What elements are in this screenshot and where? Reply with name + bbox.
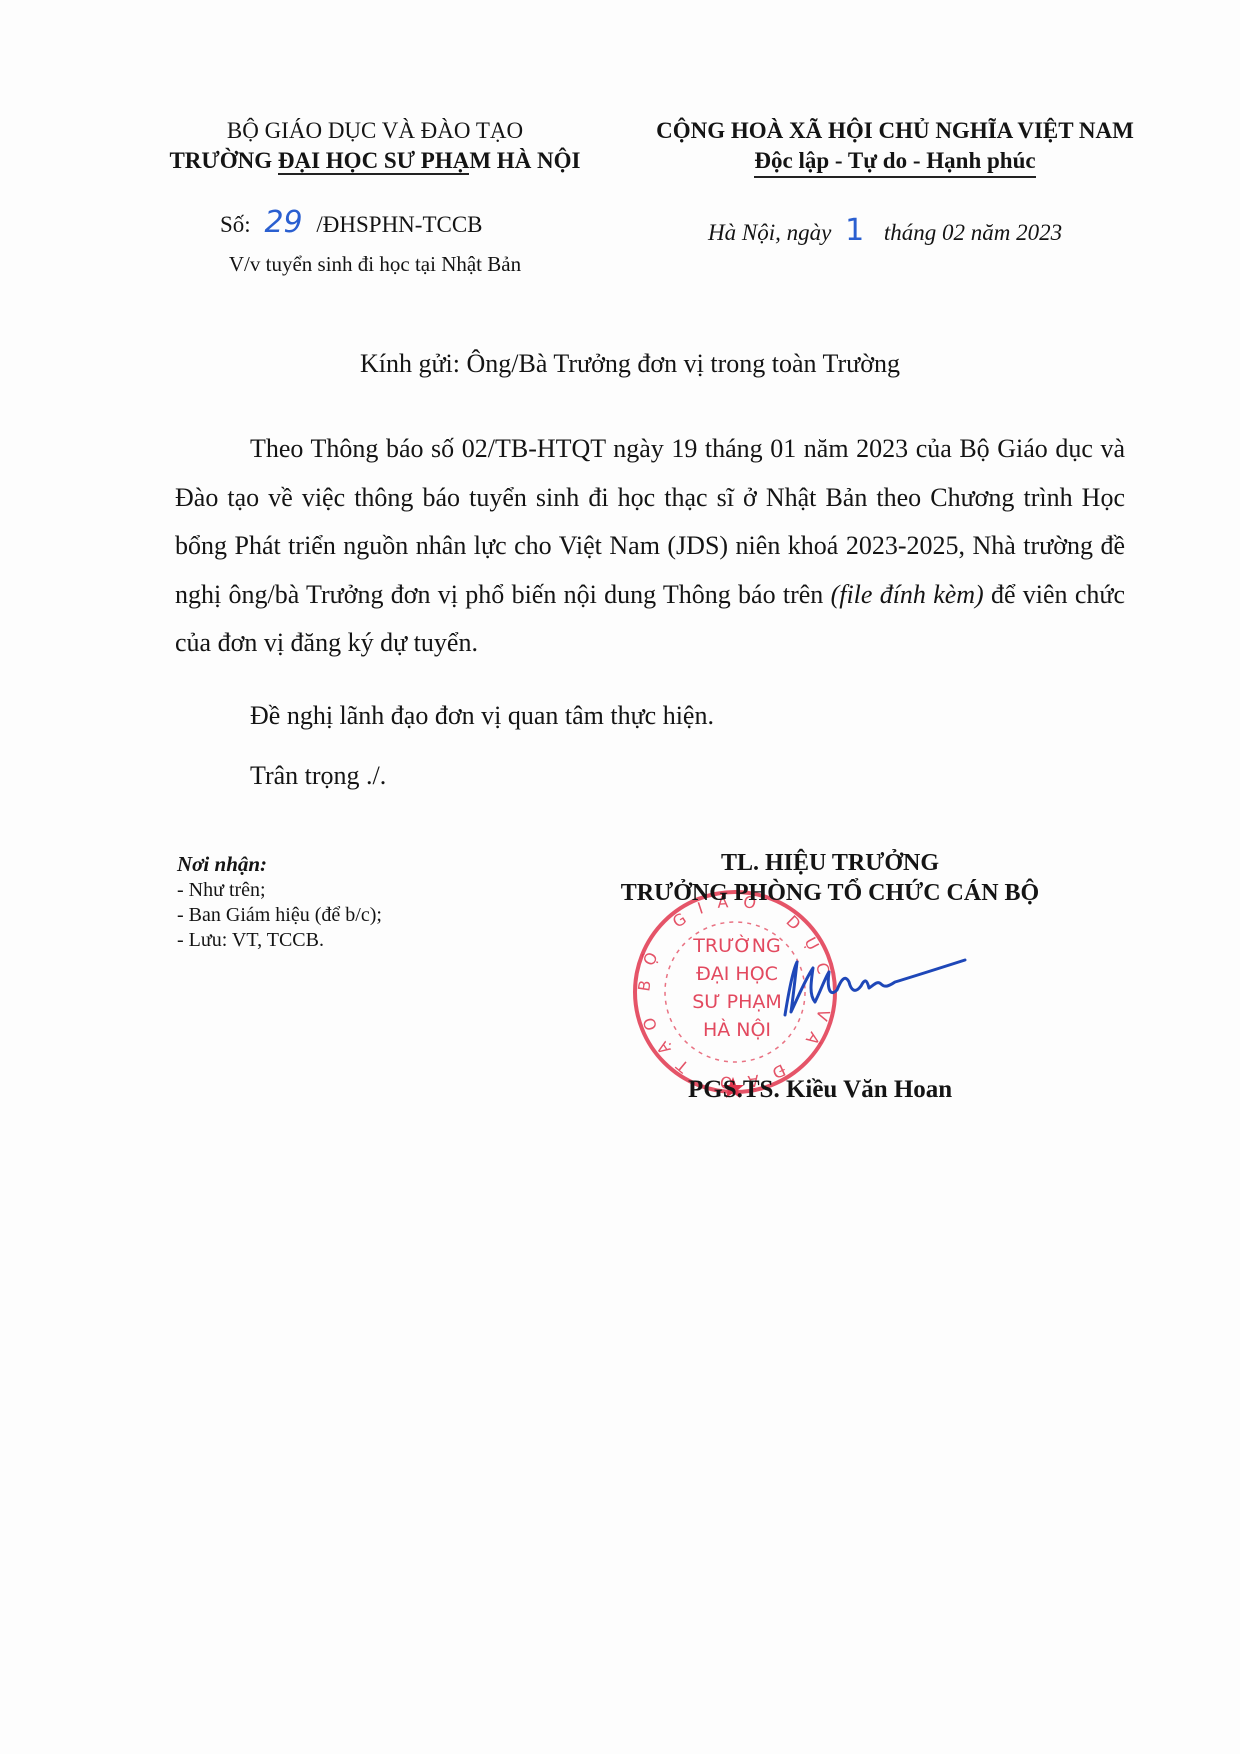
signer-name: PGS.TS. Kiều Văn Hoan: [688, 1075, 952, 1105]
header-left: BỘ GIÁO DỤC VÀ ĐÀO TẠO TRƯỜNG ĐẠI HỌC SƯ…: [130, 116, 620, 176]
recipient-item: - Lưu: VT, TCCB.: [177, 928, 382, 953]
motto: Độc lập - Tự do - Hạnh phúc: [630, 146, 1160, 176]
svg-text:ĐẠI HỌC: ĐẠI HỌC: [696, 963, 778, 985]
svg-text:SƯ PHẠM: SƯ PHẠM: [692, 991, 782, 1013]
recipients-block: Nơi nhận: - Như trên; - Ban Giám hiệu (đ…: [177, 850, 382, 953]
document-date: Hà Nội, ngày 1 tháng 02 năm 2023: [708, 213, 1062, 248]
handwritten-signature: [775, 950, 975, 1030]
body-paragraph: Theo Thông báo số 02/TB-HTQT ngày 19 thá…: [175, 425, 1125, 668]
closing-line: Trân trọng ./.: [250, 752, 386, 801]
recipient-item: - Ban Giám hiệu (để b/c);: [177, 903, 382, 928]
handwritten-number: 29: [264, 205, 302, 240]
recipient-item: - Như trên;: [177, 878, 382, 903]
nation-title: CỘNG HOÀ XÃ HỘI CHỦ NGHĨA VIỆT NAM: [630, 116, 1160, 146]
recipient-line: Kính gửi: Ông/Bà Trưởng đơn vị trong toà…: [130, 340, 1130, 389]
handwritten-day: 1: [845, 213, 864, 248]
document-subject: V/v tuyển sinh đi học tại Nhật Bản: [130, 252, 620, 277]
header-right: CỘNG HOÀ XÃ HỘI CHỦ NGHĨA VIỆT NAM Độc l…: [630, 116, 1160, 176]
recipients-title: Nơi nhận:: [177, 850, 382, 878]
school-name: TRƯỜNG ĐẠI HỌC SƯ PHẠM HÀ NỘI: [130, 146, 620, 176]
signature-title: TL. HIỆU TRƯỞNG TRƯỞNG PHÒNG TỔ CHỨC CÁN…: [580, 848, 1080, 908]
request-paragraph: Đề nghị lãnh đạo đơn vị quan tâm thực hi…: [250, 692, 714, 741]
document-number: Số: 29 /ĐHSPHN-TCCB: [220, 205, 483, 240]
svg-text:HÀ NỘI: HÀ NỘI: [703, 1017, 771, 1041]
ministry-name: BỘ GIÁO DỤC VÀ ĐÀO TẠO: [130, 116, 620, 146]
svg-text:TRƯỜNG: TRƯỜNG: [692, 933, 780, 957]
